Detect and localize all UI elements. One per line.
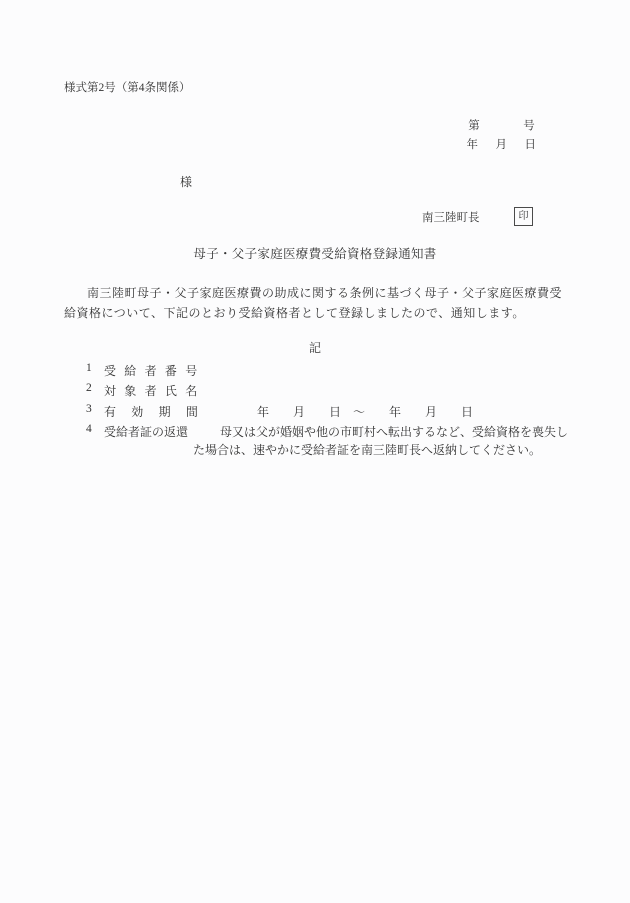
seal-box: 印 xyxy=(514,207,533,226)
form-number: 様式第2号（第4条関係） xyxy=(64,81,191,96)
list-item-4: 4 受給者証の返還 母又は父が婚姻や他の市町村へ転出するなど、受給資格を喪失し xyxy=(0,423,630,439)
item-4-number: 4 xyxy=(86,423,92,435)
item-4-description-line-2: た場合は、速やかに受給者証を南三陸町長へ返納してください。 xyxy=(193,443,541,458)
document-title: 母子・父子家庭医療費受給資格登録通知書 xyxy=(0,247,630,262)
body-paragraph-line-1: 南三陸町母子・父子家庭医療費の助成に関する条例に基づく母子・父子家庭医療費受 xyxy=(87,286,562,301)
item-3-validity-period-blanks: 年 月 日 ～ 年 月 日 xyxy=(257,403,473,420)
notification-document-page: 様式第2号（第4条関係） 第 号 年 月 日 様 南三陸町長 印 母子・父子家庭… xyxy=(0,0,630,903)
list-item-2: 2 対象者氏名 xyxy=(0,382,630,398)
item-2-label: 対象者氏名 xyxy=(104,382,206,399)
seal-label: 印 xyxy=(519,211,529,222)
list-item-1: 1 受給者番号 xyxy=(0,362,630,378)
document-number-line: 第 号 xyxy=(468,119,537,134)
item-1-number: 1 xyxy=(86,362,92,374)
item-4-description-line-1: 母又は父が婚姻や他の市町村へ転出するなど、受給資格を喪失し xyxy=(220,423,568,440)
body-paragraph-line-2: 給資格について、下記のとおり受給資格者として登録しましたので、通知します。 xyxy=(64,306,525,321)
item-3-label: 有効期間 xyxy=(104,403,213,420)
item-1-label: 受給者番号 xyxy=(104,362,206,379)
list-item-3: 3 有効期間 年 月 日 ～ 年 月 日 xyxy=(0,403,630,419)
date-line: 年 月 日 xyxy=(467,138,540,153)
section-marker-ki: 記 xyxy=(0,341,630,356)
item-4-label: 受給者証の返還 xyxy=(104,423,188,440)
item-3-number: 3 xyxy=(86,403,92,415)
sender-title: 南三陸町長 xyxy=(422,211,480,226)
item-2-number: 2 xyxy=(86,382,92,394)
addressee-suffix: 様 xyxy=(180,175,192,190)
